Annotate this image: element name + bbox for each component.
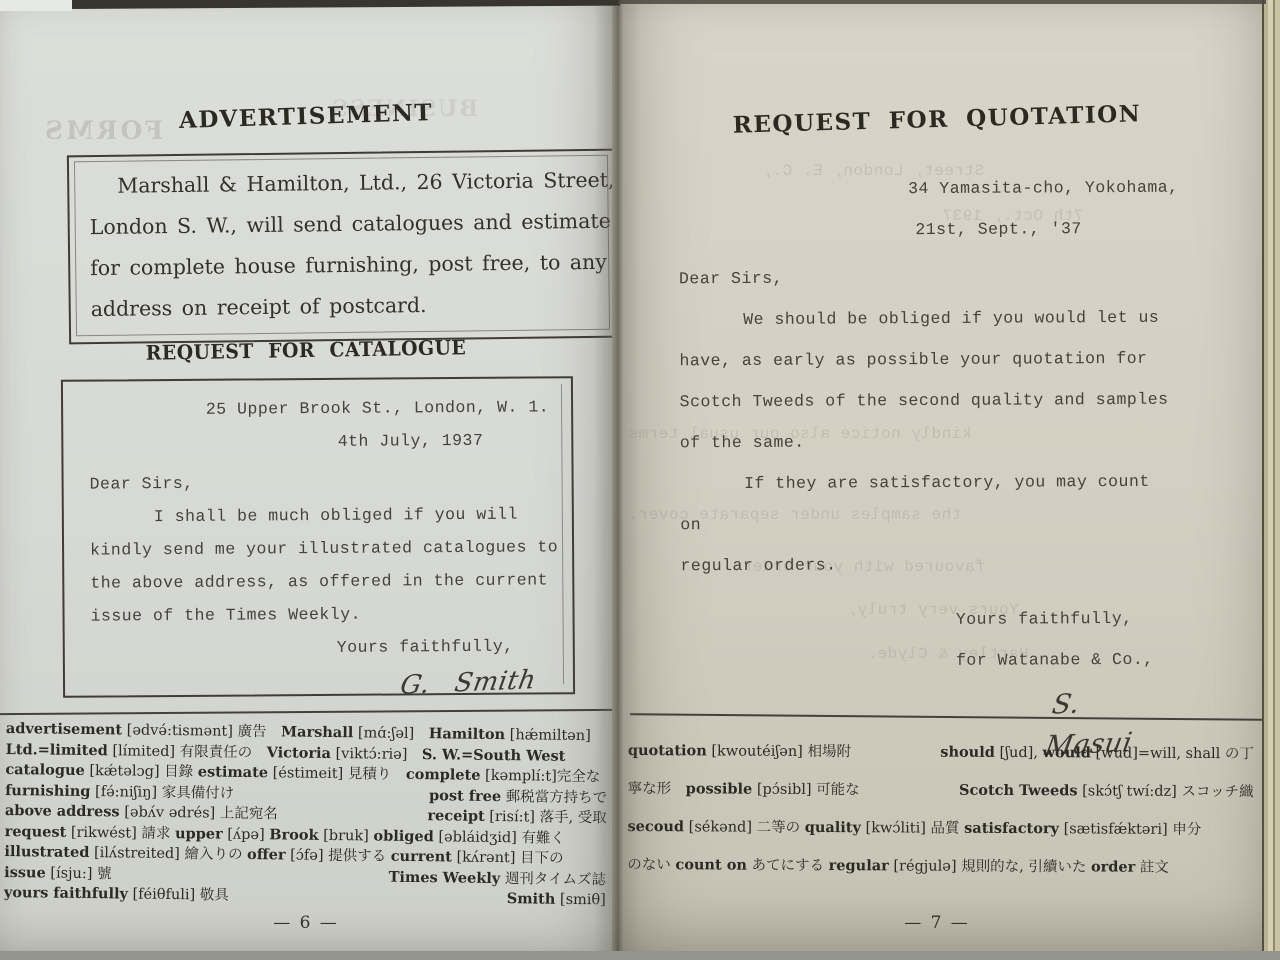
vocab-note-left: secoud [sékənd] 二等の quality [kwɔ́liti] 品… [627,808,1201,849]
page-number-right: — 7 — [612,913,1262,933]
letter-body-line: have, as early as possible your quotatio… [679,338,1179,382]
salutation: Dear Sirs, [679,256,1179,300]
book-top-edge [618,0,1266,4]
page-right: Street, London, E. C.,7th Oct., 1937kind… [612,0,1262,952]
complimentary-close: Yours faithfully, [681,598,1181,642]
advertisement-text-line: for complete house furnishing, post free… [90,242,595,289]
letter-date: 4th July, 1937 [89,423,571,459]
letter-body-line: kindly send me your illustrated catalogu… [90,530,572,566]
advertisement-text-line: Marshall & Hamilton, Ltd., 26 Victoria S… [89,160,594,207]
page-number-left: — 6 — [0,913,612,933]
vocab-note-left: のない count on あてにする regular [régjulə] 規則的… [627,846,1169,887]
vocab-note-line: quotation [kwoutéiʃən] 相場附should [ʃud], … [628,732,1254,773]
vocabulary-notes-right: quotation [kwoutéiʃən] 相場附should [ʃud], … [627,732,1254,887]
vocab-note-left: issue [ísju:] 號 [4,862,112,884]
request-for-quotation-heading: REQUEST FOR QUOTATION [612,97,1263,142]
signed-on-behalf-of: for Watanabe & Co., [681,639,1181,683]
vocab-note-left: furnishing [fə́:niʃiŋ] 家具備付け [5,780,234,803]
complimentary-close: Yours faithfully, [91,629,573,665]
letter-body: We should be obliged if you would let us… [679,297,1180,587]
letter-body-line: regular orders. [680,543,1180,587]
letter-body-line: If they are satisfactory, you may count … [680,461,1180,546]
catalogue-request-letter: 25 Upper Brook St., London, W. 1. 4th Ju… [61,376,575,698]
vocab-note-line: のない count on あてにする regular [régjulə] 規則的… [627,846,1253,887]
book-fore-edge [1262,0,1280,960]
vocab-note-left: yours faithfully [féiθfuli] 敬具 [4,883,229,906]
vocab-note-right: Times Weekly 週刊タイムズ誌 [389,867,607,890]
vocab-note-right: receipt [risí:t] 落手, 受取 [427,806,607,829]
sender-address: 34 Yamasita-cho, Yokohama, [678,167,1178,211]
letter-body-line: of the same. [680,420,1180,464]
vocab-note-left: 寧な形 possible [pɔ́sibl] 可能な [628,770,860,809]
signature: G. Smith [91,666,573,703]
advertisement-text-line: London S. W., will send catalogues and e… [89,201,594,248]
quotation-request-letter: 34 Yamasita-cho, Yokohama, 21st, Sept., … [678,167,1181,770]
letter-body-line: We should be obliged if you would let us [679,297,1179,341]
notes-divider-rule [0,709,612,715]
vocab-note-right: Scotch Tweeds [skɔ́tʃ twí:dz] スコッチ織 [959,772,1254,812]
page-left: BUSINESSFORMS ADVERTISEMENT Marshall & H… [0,0,612,952]
advertisement-text-line: address on receipt of postcard. [91,283,596,330]
letter-body-line: issue of the Times Weekly. [90,596,572,632]
letter-body-line: I shall be much obliged if you will [90,497,572,533]
advertisement-box: Marshall & Hamilton, Ltd., 26 Victoria S… [67,149,618,345]
vocab-note-line: 寧な形 possible [pɔ́sibl] 可能なScotch Tweeds … [628,770,1254,811]
letter-date: 21st, Sept., '37 [679,208,1179,252]
vocab-note-right: should [ʃud], would [wud]=will, shall の丁 [940,734,1254,774]
vocab-note-line: secoud [sékənd] 二等の quality [kwɔ́liti] 品… [627,808,1253,849]
salutation: Dear Sirs, [90,464,572,500]
vocabulary-notes-left: advertisement [ədvə́:tismənt] 廣告 Marshal… [4,719,608,911]
sender-address: 25 Upper Brook St., London, W. 1. [89,390,571,426]
vocab-note-left: quotation [kwoutéiʃən] 相場附 [628,732,851,771]
letter-body-line: the above address, as offered in the cur… [90,563,572,599]
vocab-note-right: Smith [smiθ] [507,889,606,911]
signature-text: G. Smith [398,664,539,703]
letter-body: I shall be much obliged if you willkindl… [90,497,573,632]
table-surface [0,951,1280,960]
advertisement-heading: ADVERTISEMENT [0,93,612,139]
vocab-note-right: post free 郵税當方持ちで [429,786,607,809]
letter-body-line: Scotch Tweeds of the second quality and … [680,379,1180,423]
book-photo: BUSINESSFORMS ADVERTISEMENT Marshall & H… [0,0,1280,960]
page-corner-highlight [0,0,72,11]
